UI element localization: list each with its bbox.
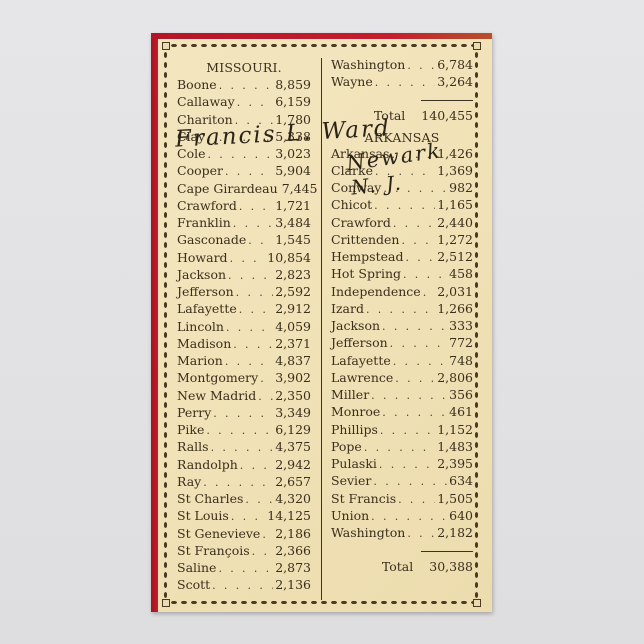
county-population: 2,592 <box>275 283 311 300</box>
missouri-county-row: Jefferson2,592 <box>177 283 311 300</box>
arkansas-county-row: Jefferson772 <box>331 334 473 351</box>
county-name: Crittenden <box>331 231 399 248</box>
county-population: 2,136 <box>275 576 311 593</box>
arkansas-county-row: Union640 <box>331 507 473 524</box>
county-name: Hempstead <box>331 248 403 265</box>
county-name: Randolph <box>177 456 238 473</box>
leader-dots <box>423 284 436 301</box>
county-population: 1,165 <box>437 196 473 213</box>
county-population: 2,823 <box>275 266 311 283</box>
county-name: Cape Girardeau <box>177 180 278 197</box>
column-divider <box>321 58 322 600</box>
leader-dots <box>407 57 435 74</box>
missouri-total-rule <box>421 100 473 101</box>
county-population: 333 <box>449 317 473 334</box>
missouri-county-row: Scott2,136 <box>177 576 311 593</box>
county-population: 1,369 <box>437 162 473 179</box>
county-name: Cole <box>177 145 206 162</box>
missouri-county-row: St Genevieve2,186 <box>177 525 311 542</box>
missouri-county-row: Washington6,784 <box>331 56 473 73</box>
county-name: Wayne <box>331 73 373 90</box>
missouri-county-row: St François2,366 <box>177 542 311 559</box>
missouri-county-row: Clay5,338 <box>177 128 311 145</box>
arkansas-county-row: Jackson333 <box>331 317 473 334</box>
county-population: 6,784 <box>437 56 473 73</box>
missouri-county-row: Wayne3,264 <box>331 73 473 90</box>
missouri-county-row: Cooper5,904 <box>177 162 311 179</box>
arkansas-county-row: Izard1,266 <box>331 300 473 317</box>
missouri-county-row: Franklin3,484 <box>177 214 311 231</box>
arkansas-county-row: Phillips1,152 <box>331 421 473 438</box>
leader-dots <box>236 284 274 301</box>
arkansas-heading: ARKANSAS <box>331 130 473 145</box>
county-name: St Genevieve <box>177 525 260 542</box>
leader-dots <box>237 94 274 111</box>
leader-dots <box>393 215 435 232</box>
leader-dots <box>231 508 265 525</box>
county-population: 10,854 <box>267 249 311 266</box>
county-name: Saline <box>177 559 216 576</box>
county-name: Lincoln <box>177 318 224 335</box>
missouri-county-row: Cape Girardeau7,445 <box>177 180 311 197</box>
county-population: 982 <box>449 179 473 196</box>
missouri-county-row: Montgomery3,902 <box>177 369 311 386</box>
arkansas-county-row: Pope1,483 <box>331 438 473 455</box>
county-population: 1,483 <box>437 438 473 455</box>
arkansas-total: Total 30,388 <box>331 558 473 575</box>
county-name: Izard <box>331 300 364 317</box>
leader-dots <box>240 457 273 474</box>
leader-dots <box>262 526 273 543</box>
county-name: Pope <box>331 438 362 455</box>
border-corner-br <box>473 599 481 607</box>
missouri-county-row: Ralls4,375 <box>177 438 311 455</box>
county-population: 3,484 <box>275 214 311 231</box>
county-population: 8,859 <box>275 76 311 93</box>
leader-dots <box>393 353 447 370</box>
county-population: 2,440 <box>437 214 473 231</box>
county-name: Union <box>331 507 369 524</box>
leader-dots <box>373 473 447 490</box>
leader-dots <box>374 197 435 214</box>
leader-dots <box>260 370 273 387</box>
county-name: Cooper <box>177 162 223 179</box>
county-name: Ralls <box>177 438 209 455</box>
leader-dots <box>208 146 274 163</box>
missouri-county-row: New Madrid2,350 <box>177 387 311 404</box>
county-population: 5,338 <box>275 128 311 145</box>
leader-dots <box>235 112 274 129</box>
county-name: Chariton <box>177 111 233 128</box>
red-edge-left <box>151 33 158 612</box>
county-name: Boone <box>177 76 217 93</box>
border-corner-bl <box>162 599 170 607</box>
leader-dots <box>366 301 435 318</box>
county-name: Pike <box>177 421 204 438</box>
arkansas-county-row: Pulaski2,395 <box>331 455 473 472</box>
county-name: Sevier <box>331 472 371 489</box>
leader-dots <box>403 266 447 283</box>
county-population: 3,023 <box>275 145 311 162</box>
county-name: Montgomery <box>177 369 258 386</box>
county-name: Independence <box>331 283 421 300</box>
leader-dots <box>233 215 273 232</box>
leader-dots <box>379 456 435 473</box>
leader-dots <box>375 74 435 91</box>
chain-border-left <box>162 50 169 599</box>
county-population: 2,186 <box>275 525 311 542</box>
county-name: Ray <box>177 473 201 490</box>
border-corner-tl <box>162 42 170 50</box>
county-name: Chicot <box>331 196 372 213</box>
arkansas-county-row: Chicot1,165 <box>331 196 473 213</box>
arkansas-county-row: Crittenden1,272 <box>331 231 473 248</box>
county-population: 4,837 <box>275 352 311 369</box>
missouri-county-row: Gasconade1,545 <box>177 231 311 248</box>
county-name: Washington <box>331 56 405 73</box>
missouri-county-row: Randolph2,942 <box>177 456 311 473</box>
missouri-county-row: Ray2,657 <box>177 473 311 490</box>
right-column: Washington6,784Wayne3,264 Total 140,455 … <box>331 56 473 575</box>
county-name: St François <box>177 542 250 559</box>
leader-dots <box>252 543 274 560</box>
leader-dots <box>218 560 273 577</box>
missouri-county-row: Chariton1,780 <box>177 111 311 128</box>
county-name: Miller <box>331 386 369 403</box>
missouri-county-row: Jackson2,823 <box>177 266 311 283</box>
leader-dots <box>225 163 273 180</box>
missouri-county-row: St Louis14,125 <box>177 507 311 524</box>
missouri-county-row: Marion4,837 <box>177 352 311 369</box>
county-population: 2,395 <box>437 455 473 472</box>
leader-dots <box>226 319 273 336</box>
missouri-county-row: Howard10,854 <box>177 249 311 266</box>
arkansas-county-row: Hempstead2,512 <box>331 248 473 265</box>
leader-dots <box>228 267 273 284</box>
leader-dots <box>248 232 273 249</box>
county-name: St Francis <box>331 490 396 507</box>
leader-dots <box>211 439 274 456</box>
leader-dots <box>405 249 435 266</box>
county-population: 2,371 <box>275 335 311 352</box>
county-population: 5,904 <box>275 162 311 179</box>
county-population: 6,129 <box>275 421 311 438</box>
county-name: Phillips <box>331 421 378 438</box>
chain-border-top <box>169 42 481 49</box>
arkansas-county-row: St Francis1,505 <box>331 490 473 507</box>
leader-dots <box>383 180 447 197</box>
county-population: 1,780 <box>275 111 311 128</box>
arkansas-county-row: Clarke1,369 <box>331 162 473 179</box>
county-population: 2,912 <box>275 300 311 317</box>
county-population: 1,272 <box>437 231 473 248</box>
county-population: 7,445 <box>282 180 318 197</box>
county-name: Monroe <box>331 403 380 420</box>
county-name: Madison <box>177 335 231 352</box>
county-population: 2,657 <box>275 473 311 490</box>
county-population: 356 <box>449 386 473 403</box>
leader-dots <box>382 404 447 421</box>
leader-dots <box>206 422 273 439</box>
county-name: Marion <box>177 352 223 369</box>
missouri-county-row: St Charles4,320 <box>177 490 311 507</box>
leader-dots <box>239 301 273 318</box>
missouri-heading: MISSOURI. <box>177 59 311 76</box>
county-name: Clarke <box>331 162 373 179</box>
county-population: 1,721 <box>275 197 311 214</box>
county-population: 1,426 <box>437 145 473 162</box>
leader-dots <box>225 353 273 370</box>
county-population: 1,266 <box>437 300 473 317</box>
county-population: 640 <box>449 507 473 524</box>
missouri-county-row: Lincoln4,059 <box>177 318 311 335</box>
leader-dots <box>207 129 273 146</box>
arkansas-total-label: Total <box>382 558 413 575</box>
missouri-county-row: Cole3,023 <box>177 145 311 162</box>
county-population: 458 <box>449 265 473 282</box>
county-name: Lafayette <box>331 352 391 369</box>
county-population: 3,264 <box>437 73 473 90</box>
county-population: 2,350 <box>275 387 311 404</box>
arkansas-county-row: Crawford2,440 <box>331 214 473 231</box>
missouri-total-label: Total <box>374 107 405 124</box>
arkansas-county-row: Hot Spring458 <box>331 265 473 282</box>
county-name: Conway <box>331 179 381 196</box>
county-name: Jackson <box>331 317 380 334</box>
county-population: 6,159 <box>275 93 311 110</box>
leader-dots <box>258 388 273 405</box>
county-name: Jefferson <box>177 283 234 300</box>
county-population: 634 <box>449 472 473 489</box>
county-name: Crawford <box>177 197 237 214</box>
poster-print: MISSOURI. Boone8,859Callaway6,159Charito… <box>151 33 492 612</box>
arkansas-total-value: 30,388 <box>429 558 473 575</box>
missouri-total-value: 140,455 <box>421 107 473 124</box>
county-name: Perry <box>177 404 211 421</box>
county-name: Franklin <box>177 214 231 231</box>
leader-dots <box>371 508 447 525</box>
arkansas-county-row: Arkansas1,426 <box>331 145 473 162</box>
leader-dots <box>371 387 447 404</box>
missouri-county-row: Callaway6,159 <box>177 93 311 110</box>
missouri-county-row: Madison2,371 <box>177 335 311 352</box>
county-population: 1,505 <box>437 490 473 507</box>
leader-dots <box>245 491 273 508</box>
county-population: 4,320 <box>275 490 311 507</box>
county-population: 748 <box>449 352 473 369</box>
county-name: Arkansas <box>331 145 389 162</box>
county-population: 3,349 <box>275 404 311 421</box>
leader-dots <box>401 232 435 249</box>
county-population: 4,375 <box>275 438 311 455</box>
county-population: 1,152 <box>437 421 473 438</box>
leader-dots <box>219 77 274 94</box>
arkansas-county-row: Lawrence2,806 <box>331 369 473 386</box>
arkansas-county-row: Miller356 <box>331 386 473 403</box>
missouri-county-row: Saline2,873 <box>177 559 311 576</box>
arkansas-county-row: Sevier634 <box>331 472 473 489</box>
county-population: 2,873 <box>275 559 311 576</box>
arkansas-county-row: Monroe461 <box>331 403 473 420</box>
leader-dots <box>407 525 435 542</box>
leader-dots <box>364 439 435 456</box>
arkansas-county-row: Independence2,031 <box>331 283 473 300</box>
leader-dots <box>398 491 435 508</box>
missouri-total: Total 140,455 <box>331 107 473 124</box>
leader-dots <box>213 405 273 422</box>
county-population: 3,902 <box>275 369 311 386</box>
county-name: Callaway <box>177 93 235 110</box>
border-corner-tr <box>473 42 481 50</box>
county-name: Hot Spring <box>331 265 401 282</box>
arkansas-county-row: Lafayette748 <box>331 352 473 369</box>
county-population: 2,182 <box>437 524 473 541</box>
red-edge-top <box>151 33 492 39</box>
county-name: Pulaski <box>331 455 377 472</box>
leader-dots <box>391 146 435 163</box>
leader-dots <box>390 335 447 352</box>
missouri-county-row: Boone8,859 <box>177 76 311 93</box>
county-population: 2,806 <box>437 369 473 386</box>
leader-dots <box>239 198 273 215</box>
county-name: New Madrid <box>177 387 256 404</box>
leader-dots <box>203 474 273 491</box>
county-name: Jackson <box>177 266 226 283</box>
county-population: 2,512 <box>437 248 473 265</box>
missouri-county-row: Crawford1,721 <box>177 197 311 214</box>
leader-dots <box>382 318 447 335</box>
county-name: St Charles <box>177 490 243 507</box>
county-name: Howard <box>177 249 228 266</box>
missouri-column: MISSOURI. Boone8,859Callaway6,159Charito… <box>177 59 311 594</box>
leader-dots <box>380 422 435 439</box>
missouri-county-row: Pike6,129 <box>177 421 311 438</box>
county-name: Gasconade <box>177 231 246 248</box>
county-population: 1,545 <box>275 231 311 248</box>
county-population: 4,059 <box>275 318 311 335</box>
arkansas-county-row: Washington2,182 <box>331 524 473 541</box>
county-name: St Louis <box>177 507 229 524</box>
leader-dots <box>230 250 266 267</box>
arkansas-total-rule <box>421 551 473 552</box>
county-population: 2,366 <box>275 542 311 559</box>
county-name: Jefferson <box>331 334 388 351</box>
county-population: 772 <box>449 334 473 351</box>
county-population: 2,031 <box>437 283 473 300</box>
county-name: Washington <box>331 524 405 541</box>
county-population: 461 <box>449 403 473 420</box>
leader-dots <box>395 370 435 387</box>
county-population: 2,942 <box>275 456 311 473</box>
missouri-county-row: Lafayette2,912 <box>177 300 311 317</box>
leader-dots <box>233 336 273 353</box>
county-name: Crawford <box>331 214 391 231</box>
arkansas-county-row: Conway982 <box>331 179 473 196</box>
leader-dots <box>375 163 435 180</box>
chain-border-bottom <box>169 599 481 606</box>
leader-dots <box>212 577 273 594</box>
county-population: 14,125 <box>267 507 311 524</box>
county-name: Lawrence <box>331 369 393 386</box>
county-name: Scott <box>177 576 210 593</box>
chain-border-right <box>473 50 480 599</box>
missouri-county-row: Perry3,349 <box>177 404 311 421</box>
county-name: Lafayette <box>177 300 237 317</box>
county-name: Clay <box>177 128 205 145</box>
